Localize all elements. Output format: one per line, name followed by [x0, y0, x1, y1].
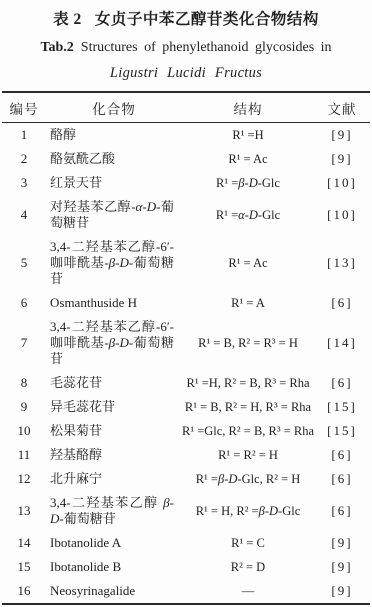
table-row: 6Osmanthuside HR¹ = A[6] — [2, 291, 370, 315]
ref-cell: [10] — [314, 195, 370, 235]
compound-table: 编号 化合物 结构 文献 1酪醇R¹ =H[9]2酪氨酰乙酸R¹ = Ac[9]… — [2, 91, 370, 605]
table-title-zh: 女贞子中苯乙醇苷类化合物结构 — [95, 11, 319, 28]
structure-cell: R¹ =β-D-Glc, R² = H — [182, 467, 314, 491]
table-row: 9异毛蕊花苷R¹ = B, R² = H, R³ = Rha[15] — [2, 395, 370, 419]
compound-cell: 3,4-二羟基苯乙醇-6′-咖啡酰基-β-D-葡萄糖苷 — [46, 235, 182, 291]
compound-cell: 3,4-二羟基苯乙醇 β-D-葡萄糖苷 — [46, 491, 182, 531]
structure-cell: R¹ = Ac — [182, 235, 314, 291]
compound-cell: 毛蕊花苷 — [46, 371, 182, 395]
ref-cell: [9] — [314, 147, 370, 171]
compound-cell: 酪醇 — [46, 123, 182, 148]
structure-cell: R² = D — [182, 555, 314, 579]
table-row: 4对羟基苯乙醇-α-D-葡萄糖苷R¹ =α-D-Glc[10] — [2, 195, 370, 235]
compound-cell: Ibotanolide A — [46, 531, 182, 555]
table-row: 2酪氨酰乙酸R¹ = Ac[9] — [2, 147, 370, 171]
compound-cell: 羟基酪醇 — [46, 443, 182, 467]
row-number-cell: 5 — [2, 235, 46, 291]
structure-cell: R¹ =α-D-Glc — [182, 195, 314, 235]
header-compound: 化合物 — [46, 92, 182, 123]
row-number-cell: 11 — [2, 443, 46, 467]
table-row: 1酪醇R¹ =H[9] — [2, 123, 370, 148]
ref-cell: [9] — [314, 531, 370, 555]
structure-cell: — — [182, 579, 314, 604]
structure-cell: R¹ =Glc, R² = B, R³ = Rha — [182, 419, 314, 443]
table-row: 16Neosyrinagalide—[9] — [2, 579, 370, 604]
compound-cell: 松果菊苷 — [46, 419, 182, 443]
header-number: 编号 — [2, 92, 46, 123]
ref-cell: [9] — [314, 555, 370, 579]
compound-cell: Ibotanolide B — [46, 555, 182, 579]
table-row: 11羟基酪醇R¹ = R² = H[6] — [2, 443, 370, 467]
compound-cell: 北升麻宁 — [46, 467, 182, 491]
row-number-cell: 8 — [2, 371, 46, 395]
compound-cell: Osmanthuside H — [46, 291, 182, 315]
row-number-cell: 4 — [2, 195, 46, 235]
row-number-cell: 13 — [2, 491, 46, 531]
table-row: 8毛蕊花苷R¹ =H, R² = B, R³ = Rha[6] — [2, 371, 370, 395]
ref-cell: [6] — [314, 491, 370, 531]
ref-cell: [6] — [314, 371, 370, 395]
structure-cell: R¹ = B, R² = H, R³ = Rha — [182, 395, 314, 419]
header-reference: 文献 — [314, 92, 370, 123]
table-row: 73,4-二羟基苯乙醇-6′-咖啡酰基-β-D-葡萄糖苷R¹ = B, R² =… — [2, 315, 370, 371]
ref-cell: [13] — [314, 235, 370, 291]
row-number-cell: 3 — [2, 171, 46, 195]
header-structure: 结构 — [182, 92, 314, 123]
table-row: 14Ibotanolide AR¹ = C[9] — [2, 531, 370, 555]
structure-cell: R¹ = Ac — [182, 147, 314, 171]
row-number-cell: 6 — [2, 291, 46, 315]
compound-cell: 红景天苷 — [46, 171, 182, 195]
table-title-en: Structures of phenylethanoid glycosides … — [81, 40, 332, 55]
structure-cell: R¹ =β-D-Glc — [182, 171, 314, 195]
row-number-cell: 7 — [2, 315, 46, 371]
row-number-cell: 16 — [2, 579, 46, 604]
table-number-zh: 表 2 — [53, 11, 82, 28]
ref-cell: [10] — [314, 171, 370, 195]
table-row: 12北升麻宁R¹ =β-D-Glc, R² = H[6] — [2, 467, 370, 491]
structure-cell: R¹ =H, R² = B, R³ = Rha — [182, 371, 314, 395]
structure-cell: R¹ =H — [182, 123, 314, 148]
structure-cell: R¹ = H, R² =β-D-Glc — [182, 491, 314, 531]
ref-cell: [6] — [314, 291, 370, 315]
structure-cell: R¹ = R² = H — [182, 443, 314, 467]
compound-cell: 酪氨酰乙酸 — [46, 147, 182, 171]
structure-cell: R¹ = C — [182, 531, 314, 555]
ref-cell: [15] — [314, 395, 370, 419]
compound-cell: Neosyrinagalide — [46, 579, 182, 604]
ref-cell: [15] — [314, 419, 370, 443]
structure-cell: R¹ = A — [182, 291, 314, 315]
header-row: 编号 化合物 结构 文献 — [2, 92, 370, 123]
table-row: 15Ibotanolide BR² = D[9] — [2, 555, 370, 579]
table-caption-zh: 表 2女贞子中苯乙醇苷类化合物结构 — [2, 10, 370, 30]
ref-cell: [9] — [314, 579, 370, 604]
table-row: 133,4-二羟基苯乙醇 β-D-葡萄糖苷R¹ = H, R² =β-D-Glc… — [2, 491, 370, 531]
row-number-cell: 15 — [2, 555, 46, 579]
table-number-en: Tab.2 — [40, 40, 73, 55]
ref-cell: [6] — [314, 467, 370, 491]
compound-cell: 异毛蕊花苷 — [46, 395, 182, 419]
row-number-cell: 9 — [2, 395, 46, 419]
table-body: 1酪醇R¹ =H[9]2酪氨酰乙酸R¹ = Ac[9]3红景天苷R¹ =β-D-… — [2, 123, 370, 605]
structure-cell: R¹ = B, R² = R³ = H — [182, 315, 314, 371]
row-number-cell: 1 — [2, 123, 46, 148]
ref-cell: [6] — [314, 443, 370, 467]
compound-cell: 3,4-二羟基苯乙醇-6′-咖啡酰基-β-D-葡萄糖苷 — [46, 315, 182, 371]
table-title-species: Ligustri Lucidi Fructus — [2, 64, 370, 82]
row-number-cell: 12 — [2, 467, 46, 491]
table-caption-en: Tab.2Structures of phenylethanoid glycos… — [2, 39, 370, 57]
row-number-cell: 2 — [2, 147, 46, 171]
row-number-cell: 14 — [2, 531, 46, 555]
ref-cell: [14] — [314, 315, 370, 371]
table-row: 10松果菊苷R¹ =Glc, R² = B, R³ = Rha[15] — [2, 419, 370, 443]
compound-cell: 对羟基苯乙醇-α-D-葡萄糖苷 — [46, 195, 182, 235]
table-row: 3红景天苷R¹ =β-D-Glc[10] — [2, 171, 370, 195]
ref-cell: [9] — [314, 123, 370, 148]
row-number-cell: 10 — [2, 419, 46, 443]
table-row: 53,4-二羟基苯乙醇-6′-咖啡酰基-β-D-葡萄糖苷R¹ = Ac[13] — [2, 235, 370, 291]
